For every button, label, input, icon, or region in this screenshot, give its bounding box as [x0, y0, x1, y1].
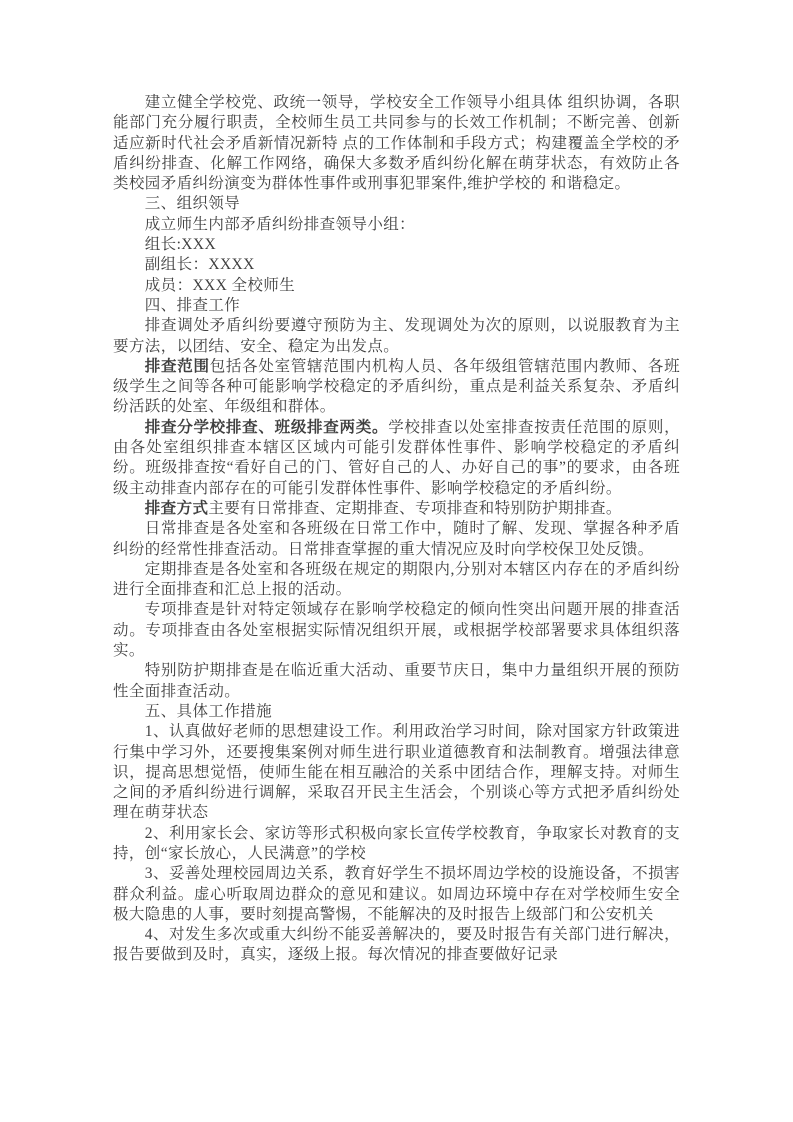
members-line: 成员：XXX 全校师生: [113, 276, 680, 296]
text-run: 定期排查是各处室和各班级在规定的期限内,分别对本辖区内存在的矛盾纠纷进行全面排查…: [113, 561, 680, 598]
section-heading-inspection-work: 四、排查工作: [113, 296, 680, 316]
text-run: 4、对发生多次或重大纠纷不能妥善解决的，要及时报告有关部门进行解决，报告要做到及…: [113, 926, 680, 963]
special-protection-period-paragraph: 特别防护期排查是在临近重大活动、重要节庆日，集中力量组织开展的预防性全面排查活动…: [113, 661, 680, 702]
text-run: 三、组织领导: [145, 195, 240, 212]
inspection-categories-paragraph: 排查分学校排查、班级排查两类。学校排查以处室排查按责任范围的原则，由各处室组织排…: [113, 418, 680, 499]
inspection-scope-paragraph: 排查范围包括各处室管辖范围内机构人员、各年级组管辖范围内教师、各班级学生之间等各…: [113, 357, 680, 418]
text-run: 特别防护期排查是在临近重大活动、重要节庆日，集中力量组织开展的预防性全面排查活动…: [113, 662, 680, 699]
text-run: 2、利用家长会、家访等形式积极向家长宣传学校教育，争取家长对教育的支持，创“家长…: [113, 825, 680, 862]
leading-group-intro-line: 成立师生内部矛盾纠纷排查领导小组：: [113, 215, 680, 235]
text-run: 专项排查是针对特定领域存在影响学校稳定的倾向性突出问题开展的排查活动。专项排查由…: [113, 601, 680, 659]
measure-item-2: 2、利用家长会、家访等形式积极向家长宣传学校教育，争取家长对教育的支持，创“家长…: [113, 824, 680, 865]
document-page: 建立健全学校党、政统一领导，学校安全工作领导小组具体 组织协调，各职能部门充分履…: [0, 0, 793, 1122]
measure-item-3: 3、妥善处理校园周边关系，教育好学生不损坏周边学校的设施设备，不损害群众利益。虚…: [113, 864, 680, 925]
deputy-leader-line: 副组长：XXXX: [113, 255, 680, 275]
measure-item-1: 1、认真做好老师的思想建设工作。利用政治学习时间，除对国家方针政策进行集中学习外…: [113, 722, 680, 823]
special-inspection-paragraph: 专项排查是针对特定领域存在影响学校稳定的倾向性突出问题开展的排查活动。专项排查由…: [113, 600, 680, 661]
text-run: 成立师生内部矛盾纠纷排查领导小组：: [145, 216, 415, 233]
inspection-methods-paragraph: 排查方式主要有日常排查、定期排查、专项排查和特别防护期排查。: [113, 499, 680, 519]
text-run: 副组长：XXXX: [145, 256, 255, 273]
bold-text-run: 排查分学校排查、班级排查两类。: [145, 419, 388, 436]
document-content: 建立健全学校党、政统一领导，学校安全工作领导小组具体 组织协调，各职能部门充分履…: [113, 93, 680, 966]
section-heading-organization: 三、组织领导: [113, 194, 680, 214]
inspection-principle-paragraph: 排查调处矛盾纠纷要遵守预防为主、发现调处为次的原则，以说服教育为主要方法，以团结…: [113, 316, 680, 357]
text-run: 五、具体工作措施: [145, 703, 272, 720]
group-leader-line: 组长:XXX: [113, 235, 680, 255]
bold-text-run: 排查方式: [145, 500, 209, 517]
text-run: 建立健全学校党、政统一领导，学校安全工作领导小组具体 组织协调，各职能部门充分履…: [113, 94, 680, 192]
text-run: 主要有日常排查、定期排查、专项排查和特别防护期排查。: [208, 500, 621, 517]
text-run: 组长:XXX: [145, 236, 216, 253]
text-run: 1、认真做好老师的思想建设工作。利用政治学习时间，除对国家方针政策进行集中学习外…: [113, 723, 680, 821]
periodic-inspection-paragraph: 定期排查是各处室和各班级在规定的期限内,分别对本辖区内存在的矛盾纠纷进行全面排查…: [113, 560, 680, 601]
text-run: 3、妥善处理校园周边关系，教育好学生不损坏周边学校的设施设备，不损害群众利益。虚…: [113, 865, 680, 923]
text-run: 排查调处矛盾纠纷要遵守预防为主、发现调处为次的原则，以说服教育为主要方法，以团结…: [113, 317, 680, 354]
text-run: 成员：XXX 全校师生: [145, 277, 295, 294]
text-run: 日常排查是各处室和各班级在日常工作中，随时了解、发现、掌握各种矛盾纠纷的经常性排…: [113, 520, 680, 557]
section-heading-specific-measures: 五、具体工作措施: [113, 702, 680, 722]
measure-item-4: 4、对发生多次或重大纠纷不能妥善解决的，要及时报告有关部门进行解决，报告要做到及…: [113, 925, 680, 966]
text-run: 四、排查工作: [145, 297, 240, 314]
bold-text-run: 排查范围: [145, 358, 210, 375]
daily-inspection-paragraph: 日常排查是各处室和各班级在日常工作中，随时了解、发现、掌握各种矛盾纠纷的经常性排…: [113, 519, 680, 560]
intro-paragraph: 建立健全学校党、政统一领导，学校安全工作领导小组具体 组织协调，各职能部门充分履…: [113, 93, 680, 194]
